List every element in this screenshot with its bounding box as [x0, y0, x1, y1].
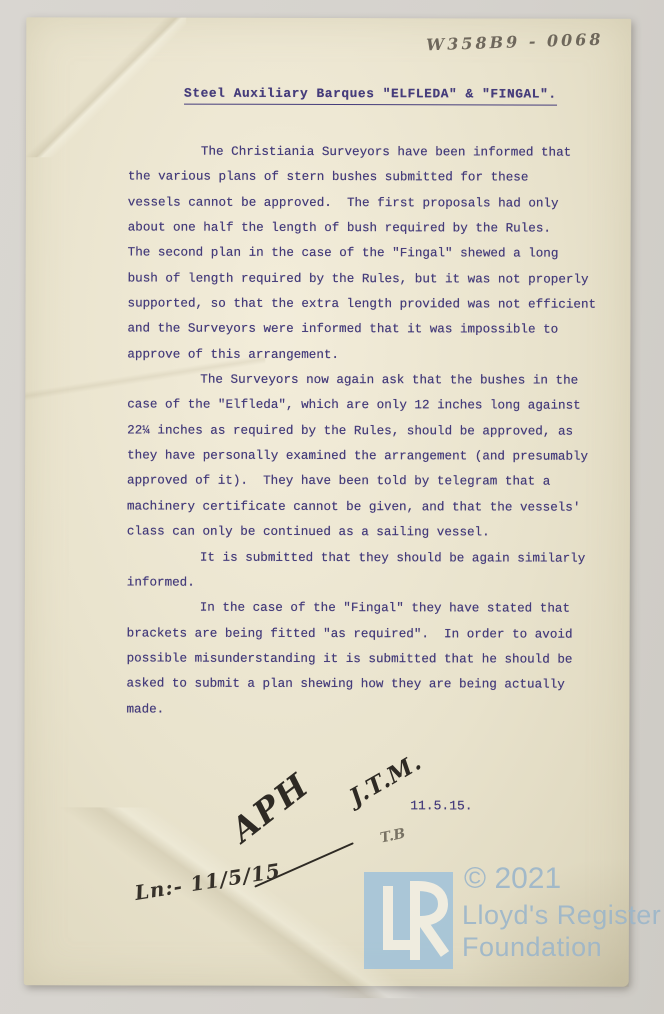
typed-line: In the case of the "Fingal" they have st…: [127, 596, 607, 623]
typed-line: class can only be continued as a sailing…: [127, 520, 607, 547]
typed-line: approve of this arrangement.: [127, 342, 607, 369]
paper-crumple-bottom-right: [449, 846, 629, 986]
photo-backdrop: W358B9 - 0068 Steel Auxiliary Barques "E…: [0, 0, 664, 1014]
typed-line: informed.: [127, 570, 607, 597]
document-body: The Christiania Surveyors have been info…: [126, 139, 608, 723]
typed-line: approved of it). They have been told by …: [127, 469, 607, 496]
paragraph-4: In the case of the "Fingal" they have st…: [126, 596, 606, 724]
typed-line: made.: [126, 697, 606, 724]
typed-line: bush of length required by the Rules, bu…: [128, 266, 608, 293]
archive-reference-number: W358B9 - 0068: [426, 30, 604, 55]
typed-line: The second plan in the case of the "Fing…: [128, 241, 608, 268]
pencil-initials: T.B: [379, 826, 407, 847]
typed-line: they have personally examined the arrang…: [127, 444, 607, 471]
typed-line: The Christiania Surveyors have been info…: [128, 139, 608, 166]
handwritten-date-note: Ln:- 11/5/15: [133, 858, 282, 904]
typed-line: case of the "Elfleda", which are only 12…: [127, 393, 607, 420]
paragraph-2: The Surveyors now again ask that the bus…: [127, 368, 607, 547]
typed-date: 11.5.15.: [410, 798, 472, 813]
typed-line: brackets are being fitted "as required".…: [127, 621, 607, 648]
paragraph-1: The Christiania Surveyors have been info…: [127, 139, 608, 368]
typed-line: 22¼ inches as required by the Rules, sho…: [127, 418, 607, 445]
document-title: Steel Auxiliary Barques "ELFLEDA" & "FIN…: [184, 86, 557, 106]
typed-line: asked to submit a plan shewing how they …: [126, 672, 606, 699]
typed-line: and the Surveyors were informed that it …: [127, 317, 607, 344]
paper-crease-top-left: [26, 17, 186, 157]
typed-line: The Surveyors now again ask that the bus…: [127, 368, 607, 395]
typed-line: about one half the length of bush requir…: [128, 216, 608, 243]
approval-monogram: APH: [223, 765, 316, 850]
typed-line: possible misunderstanding it is submitte…: [127, 646, 607, 673]
typed-line: supported, so that the extra length prov…: [127, 292, 607, 319]
typed-line: the various plans of stern bushes submit…: [128, 165, 608, 192]
typed-line: vessels cannot be approved. The first pr…: [128, 190, 608, 217]
document-page: W358B9 - 0068 Steel Auxiliary Barques "E…: [24, 17, 632, 987]
paragraph-3: It is submitted that they should be agai…: [127, 545, 607, 597]
typed-line: machinery certificate cannot be given, a…: [127, 494, 607, 521]
typed-line: It is submitted that they should be agai…: [127, 545, 607, 572]
